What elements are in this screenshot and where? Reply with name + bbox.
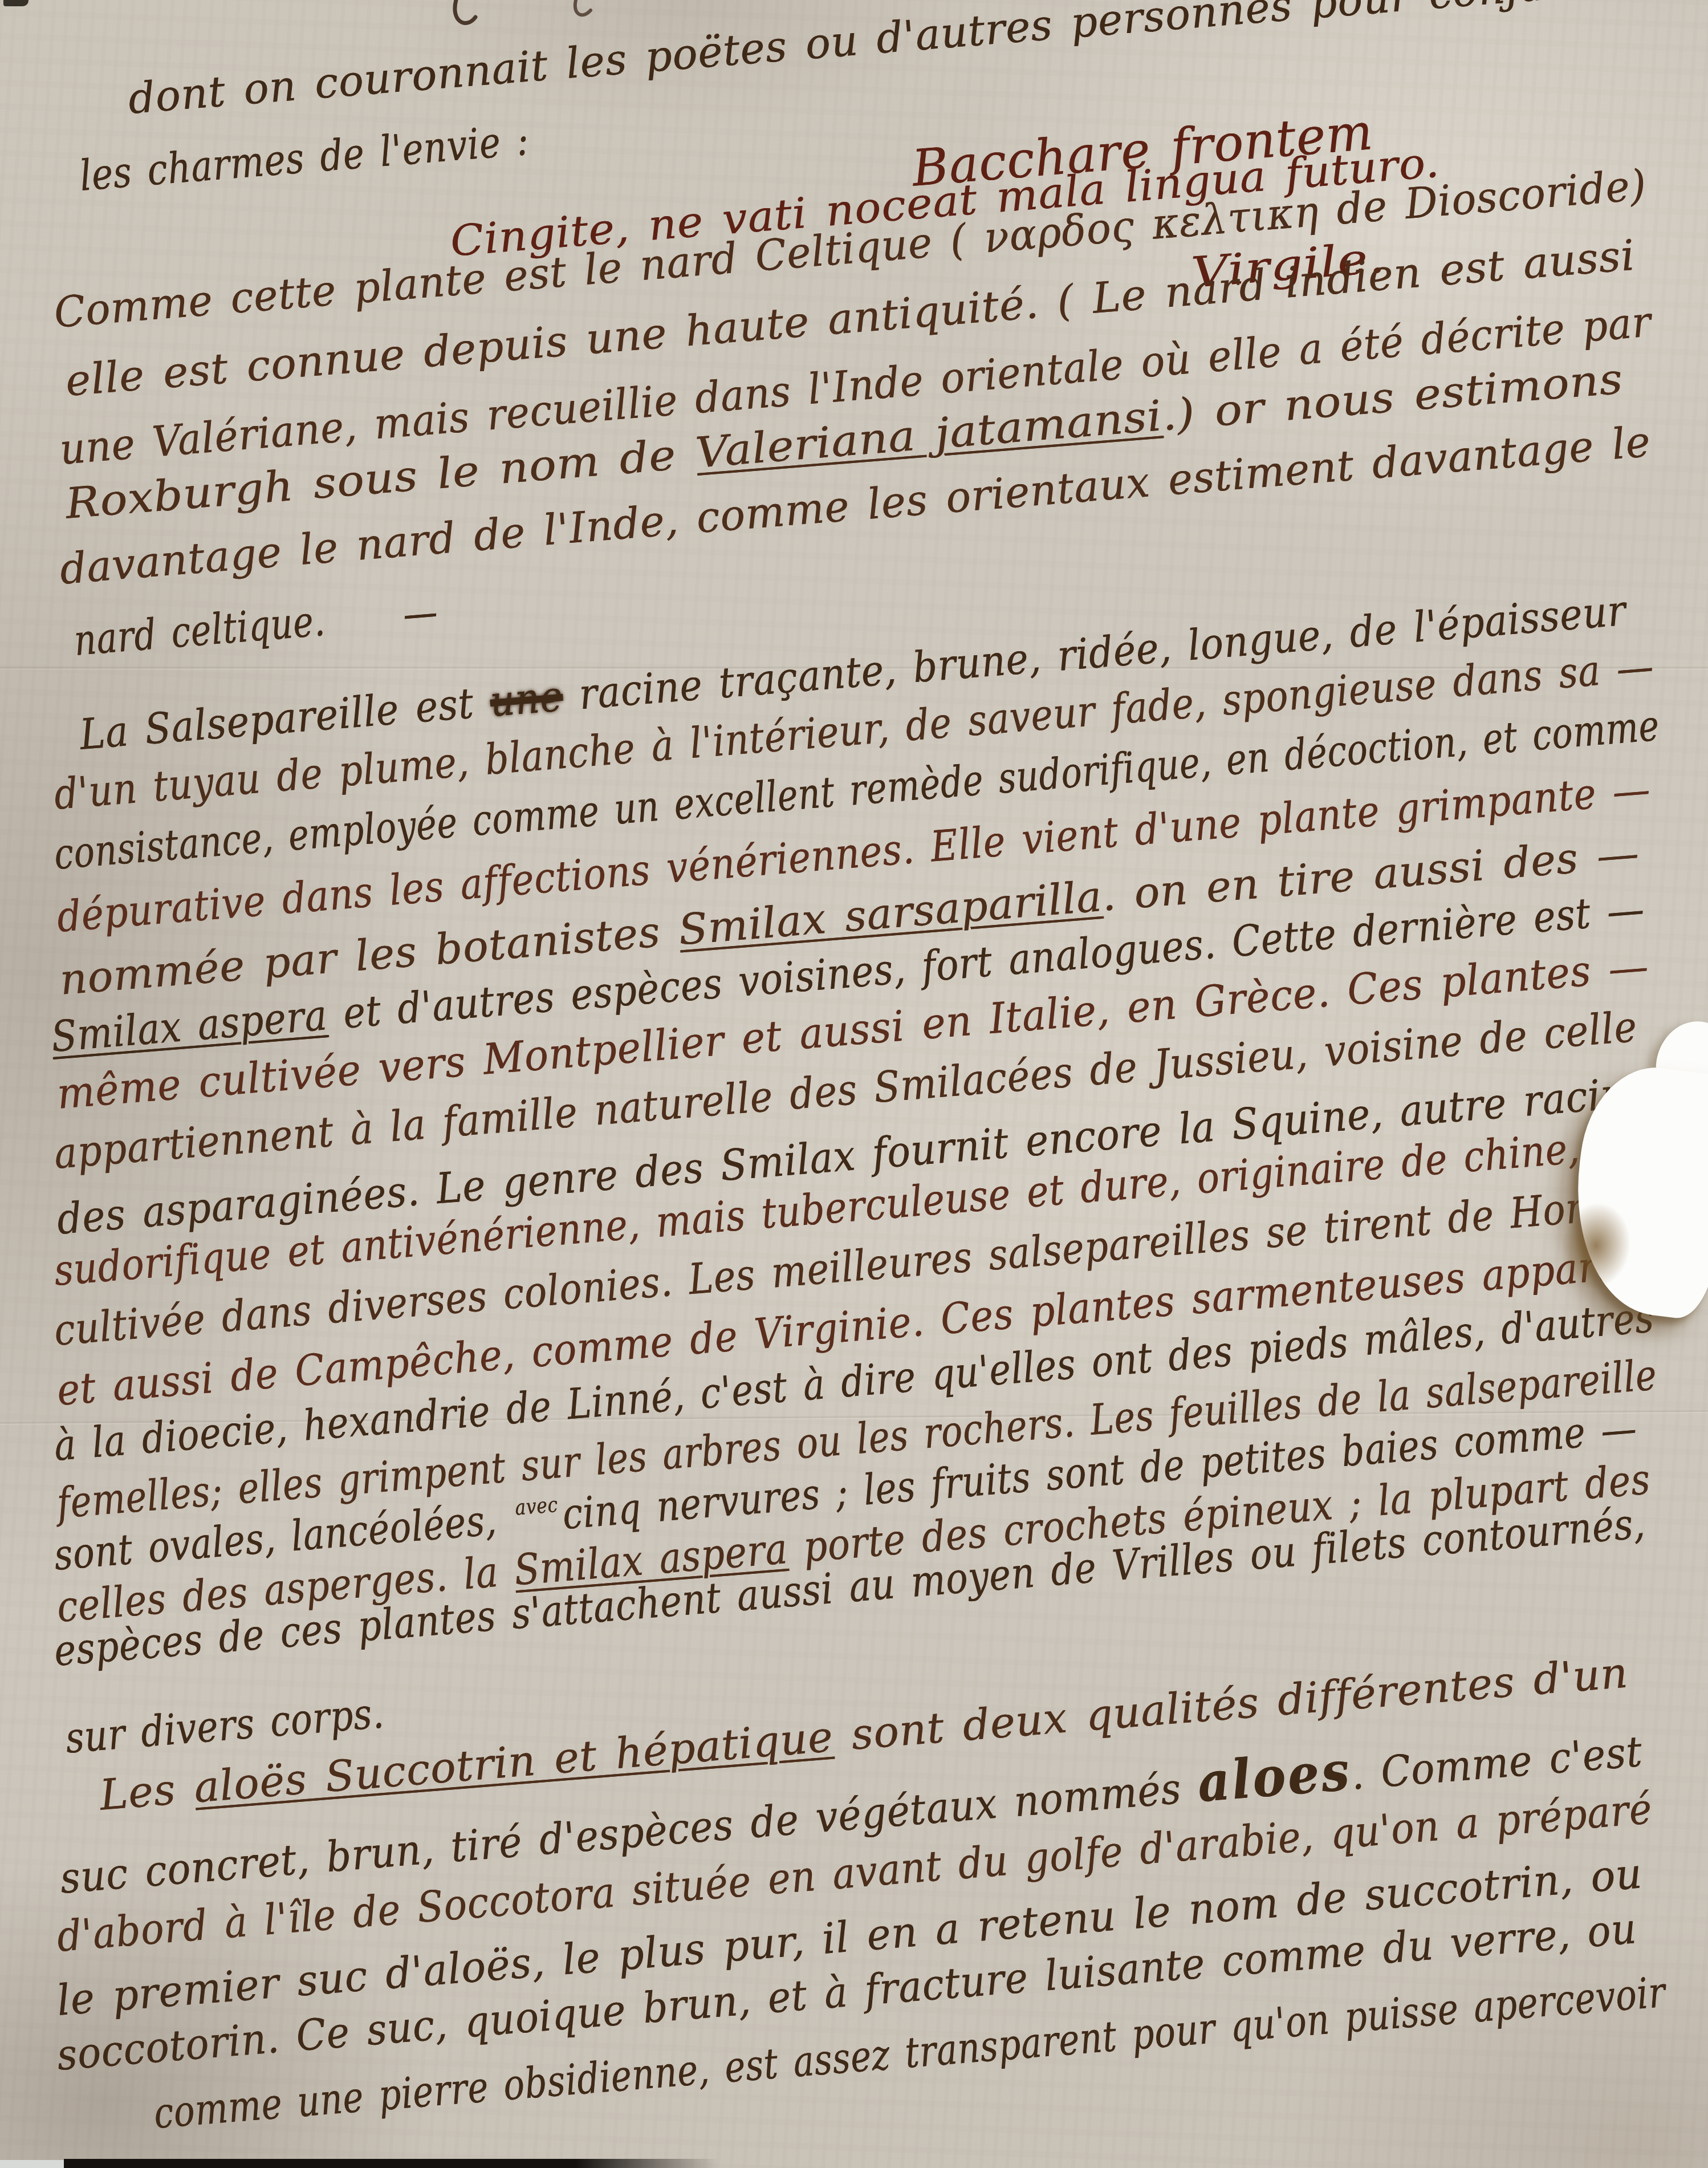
text-run: — xyxy=(401,587,440,639)
scan-edge-artifact xyxy=(64,2159,719,2168)
text-run: dont on couronnait les poëtes ou d'autre… xyxy=(126,0,1613,124)
inserted-word: avec xyxy=(514,1492,559,1520)
manuscript-line: les charmes de l'envie : xyxy=(78,118,531,200)
manuscript-line: dont on couronnait les poëtes ou d'autre… xyxy=(127,0,1614,123)
scan-edge-artifact xyxy=(0,2160,67,2168)
manuscript-scan: dont on couronnait les poëtes ou d'autre… xyxy=(0,0,1708,2168)
manuscript-line: sur divers corps. xyxy=(64,1691,386,1762)
scan-edge-artifact xyxy=(3,0,29,6)
text-run: nard celtique. xyxy=(72,596,327,665)
cropped-line-remnant xyxy=(433,0,673,50)
text-run: Les xyxy=(97,1764,196,1820)
text-layer: dont on couronnait les poëtes ou d'autre… xyxy=(0,0,1708,2168)
struck-word: une xyxy=(488,672,564,726)
manuscript-line: nard celtique.— xyxy=(72,590,440,664)
text-run: les charmes de l'envie : xyxy=(78,116,530,201)
text-run: aloes xyxy=(1195,1739,1353,1814)
